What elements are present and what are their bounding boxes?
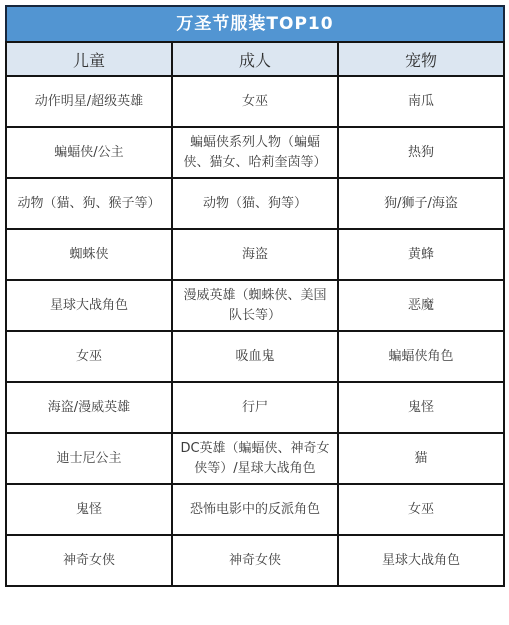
table-cell: 蝙蝠侠/公主	[6, 127, 172, 178]
table-cell: 鬼怪	[338, 382, 504, 433]
table-row: 动作明星/超级英雄女巫南瓜	[6, 76, 504, 127]
table-cell: 动物（猫、狗等）	[172, 178, 338, 229]
table-cell: 女巫	[172, 76, 338, 127]
column-header-1: 成人	[172, 42, 338, 76]
table-cell: 神奇女侠	[172, 535, 338, 586]
table-cell: 蜘蛛侠	[6, 229, 172, 280]
costume-table: 儿童成人宠物 动作明星/超级英雄女巫南瓜蝙蝠侠/公主蝙蝠侠系列人物（蝙蝠侠、猫女…	[5, 41, 505, 587]
column-header-0: 儿童	[6, 42, 172, 76]
page: 万圣节服装TOP10 儿童成人宠物 动作明星/超级英雄女巫南瓜蝙蝠侠/公主蝙蝠侠…	[0, 0, 509, 625]
table-cell: 蝙蝠侠角色	[338, 331, 504, 382]
table-cell: 热狗	[338, 127, 504, 178]
table-cell: DC英雄（蝙蝠侠、神奇女侠等）/星球大战角色	[172, 433, 338, 484]
table-cell: 迪士尼公主	[6, 433, 172, 484]
table-cell: 行尸	[172, 382, 338, 433]
table-cell: 动作明星/超级英雄	[6, 76, 172, 127]
table-cell: 狗/狮子/海盗	[338, 178, 504, 229]
table-row: 星球大战角色漫威英雄（蜘蛛侠、美国队长等）恶魔	[6, 280, 504, 331]
table-cell: 鬼怪	[6, 484, 172, 535]
column-header-2: 宠物	[338, 42, 504, 76]
table-cell: 海盗/漫威英雄	[6, 382, 172, 433]
table-cell: 神奇女侠	[6, 535, 172, 586]
table-cell: 女巫	[338, 484, 504, 535]
table-row: 蝙蝠侠/公主蝙蝠侠系列人物（蝙蝠侠、猫女、哈莉奎茵等）热狗	[6, 127, 504, 178]
table-cell: 恐怖电影中的反派角色	[172, 484, 338, 535]
header-row: 儿童成人宠物	[6, 42, 504, 76]
table-cell: 恶魔	[338, 280, 504, 331]
table-body: 动作明星/超级英雄女巫南瓜蝙蝠侠/公主蝙蝠侠系列人物（蝙蝠侠、猫女、哈莉奎茵等）…	[6, 76, 504, 586]
table-cell: 女巫	[6, 331, 172, 382]
table-cell: 星球大战角色	[338, 535, 504, 586]
table-cell: 猫	[338, 433, 504, 484]
table-cell: 蝙蝠侠系列人物（蝙蝠侠、猫女、哈莉奎茵等）	[172, 127, 338, 178]
table-row: 鬼怪恐怖电影中的反派角色女巫	[6, 484, 504, 535]
table-title: 万圣节服装TOP10	[5, 5, 505, 41]
table-cell: 黄蜂	[338, 229, 504, 280]
table-row: 动物（猫、狗、猴子等）动物（猫、狗等）狗/狮子/海盗	[6, 178, 504, 229]
table-cell: 海盗	[172, 229, 338, 280]
halloween-costume-table: 万圣节服装TOP10 儿童成人宠物 动作明星/超级英雄女巫南瓜蝙蝠侠/公主蝙蝠侠…	[5, 5, 505, 587]
table-cell: 吸血鬼	[172, 331, 338, 382]
table-cell: 南瓜	[338, 76, 504, 127]
table-header: 儿童成人宠物	[6, 42, 504, 76]
table-cell: 星球大战角色	[6, 280, 172, 331]
table-row: 迪士尼公主DC英雄（蝙蝠侠、神奇女侠等）/星球大战角色猫	[6, 433, 504, 484]
table-row: 神奇女侠神奇女侠星球大战角色	[6, 535, 504, 586]
table-cell: 漫威英雄（蜘蛛侠、美国队长等）	[172, 280, 338, 331]
table-row: 海盗/漫威英雄行尸鬼怪	[6, 382, 504, 433]
table-row: 女巫吸血鬼蝙蝠侠角色	[6, 331, 504, 382]
table-cell: 动物（猫、狗、猴子等）	[6, 178, 172, 229]
table-row: 蜘蛛侠海盗黄蜂	[6, 229, 504, 280]
